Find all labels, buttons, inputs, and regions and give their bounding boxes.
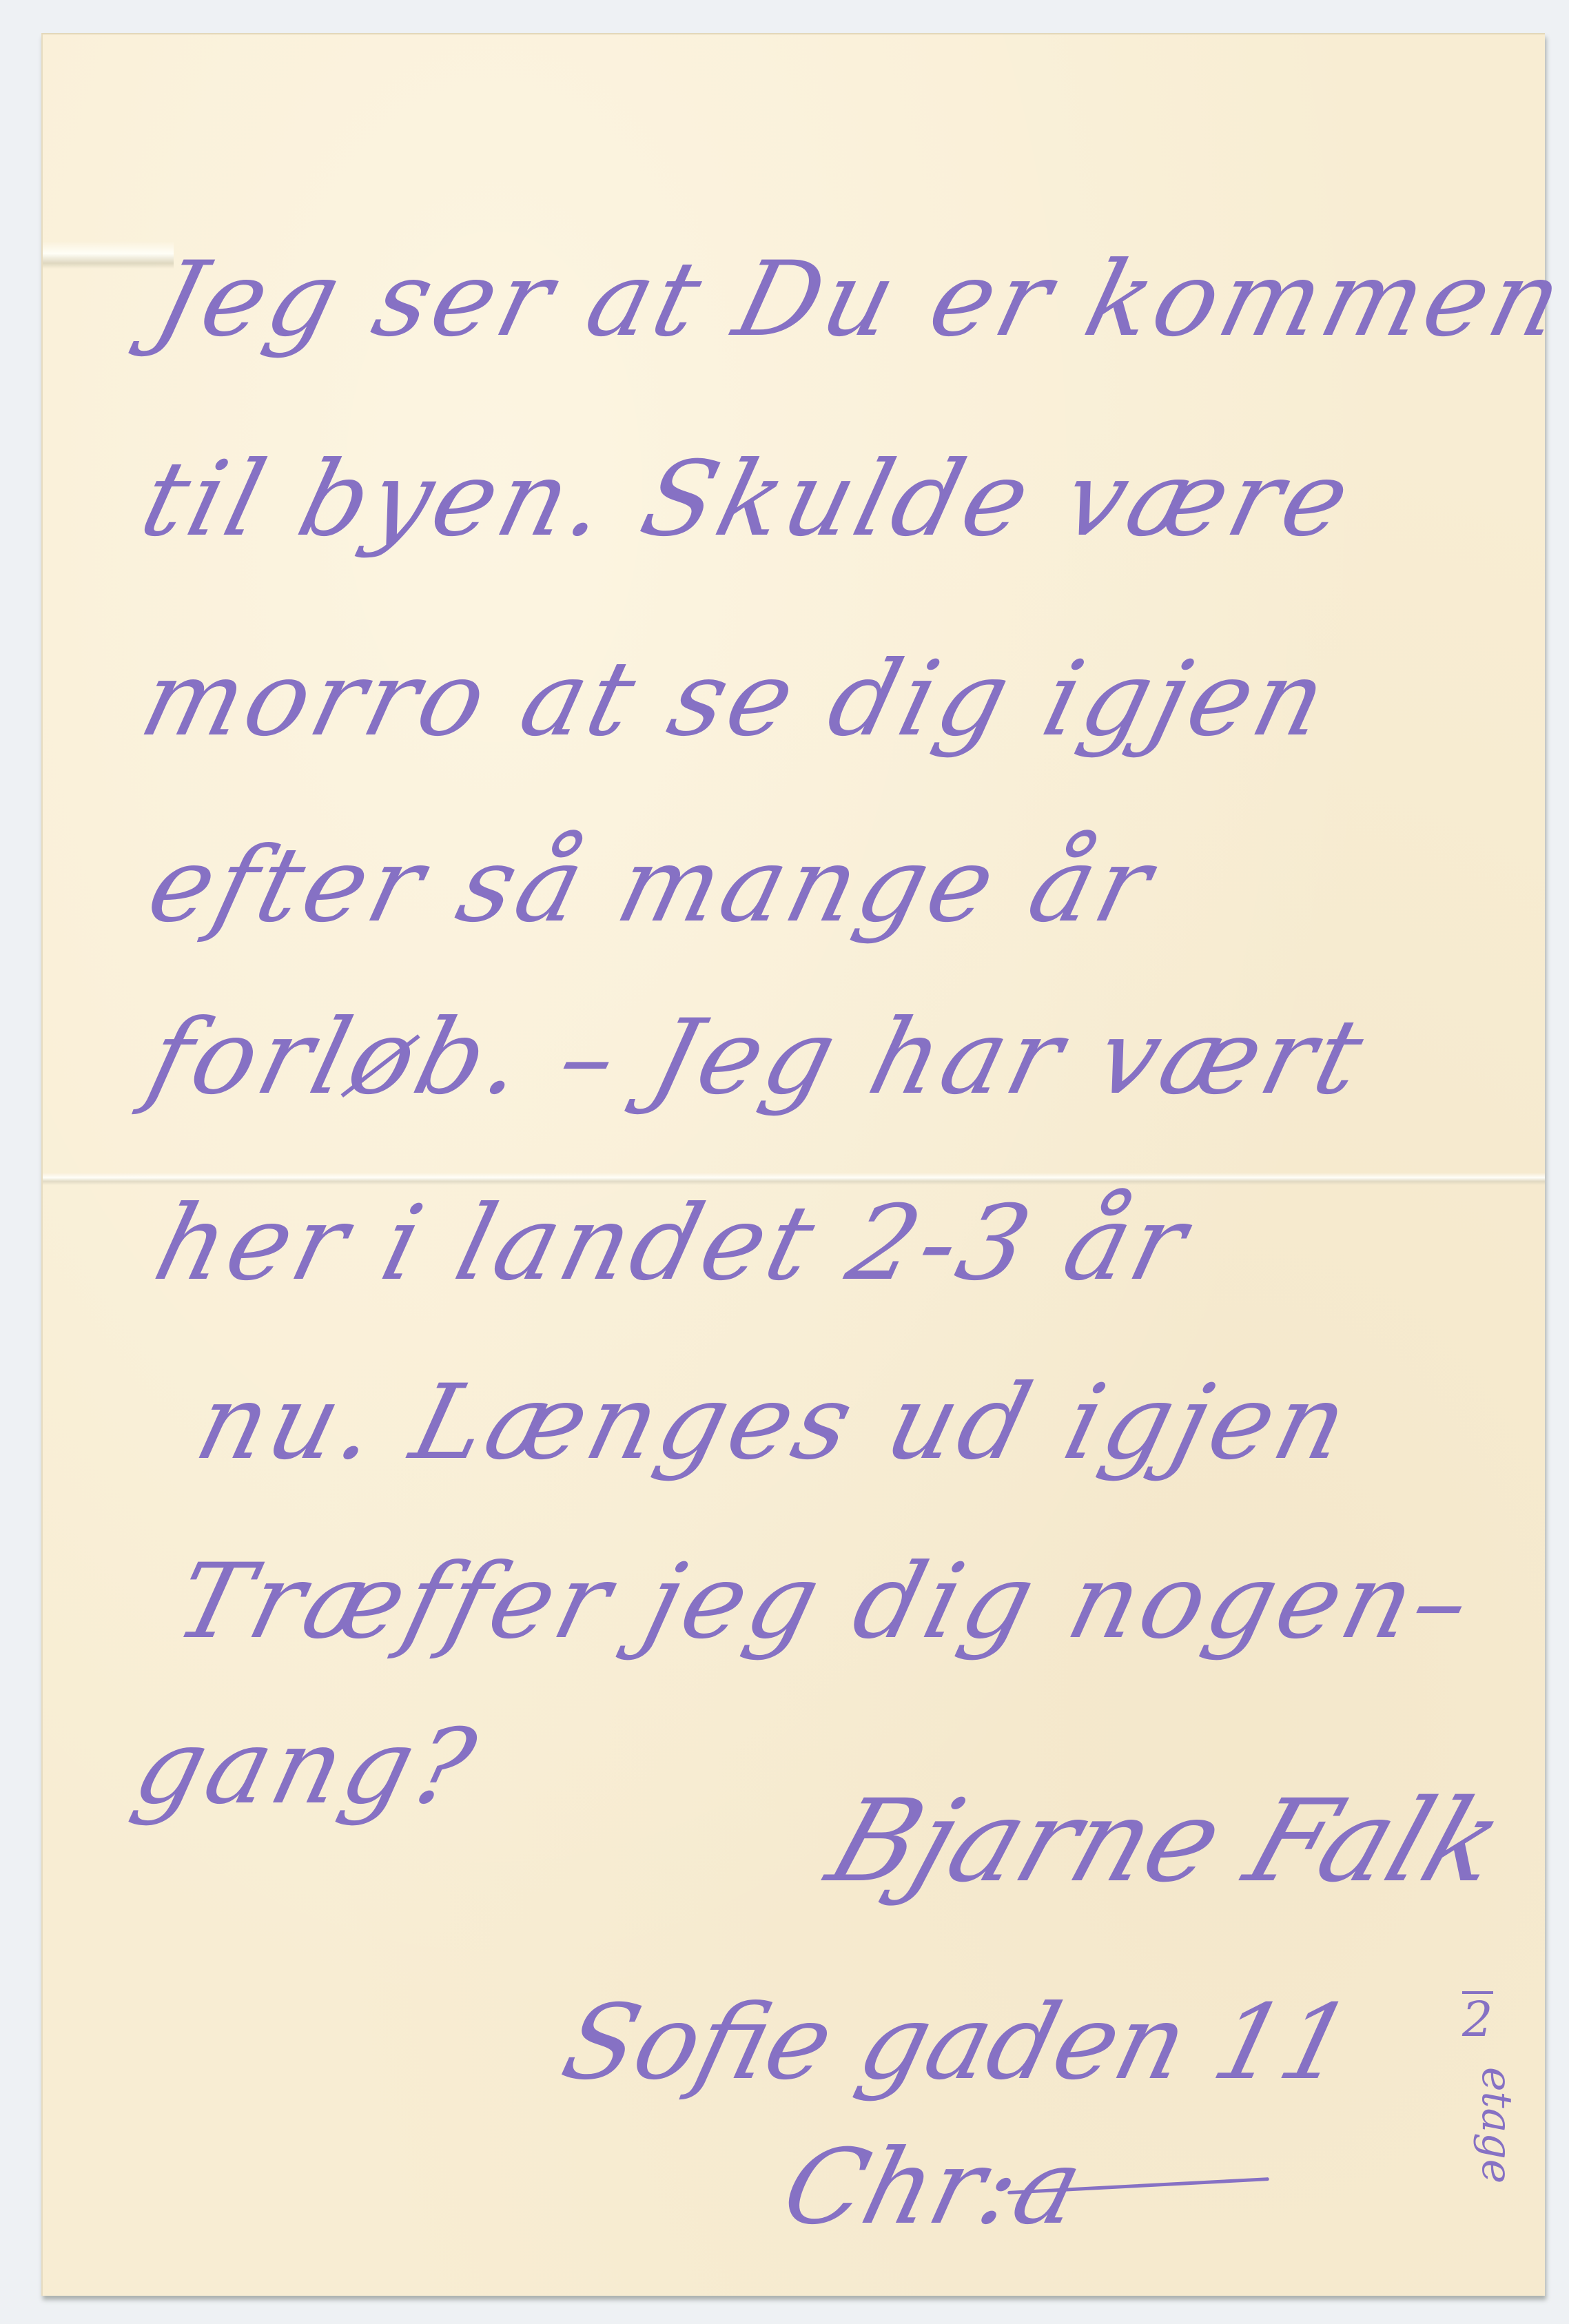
letter-line-4: efter så mange år [139, 834, 1165, 937]
letter-line-5: forløb. – Jeg har vært [139, 1006, 1376, 1109]
letter-line-6: her i landet 2-3 år [146, 1192, 1200, 1295]
letter-line-3: morro at se dig igjen [132, 648, 1340, 751]
postcard: Jeg ser at Du er kommen til byen. Skulde… [41, 33, 1545, 2296]
letter-line-2: til byen. Skulde være [132, 448, 1363, 551]
address-city: Chr:a [774, 2136, 1091, 2239]
letter-line-7: nu. Længes ud igjen [187, 1371, 1361, 1474]
address-floor-superscript: 2 [1462, 1991, 1493, 2044]
address-street: Sofie gaden 11 [553, 1991, 1361, 2095]
handwritten-letter: Jeg ser at Du er kommen til byen. Skulde… [43, 34, 1545, 2296]
address-floor-label: etage [1476, 2067, 1517, 2183]
letter-line-1: Jeg ser at Du er kommen [146, 248, 1569, 351]
letter-line-9: gang? [125, 1716, 488, 1819]
letter-line-8: Træffer jeg dig nogen– [167, 1550, 1484, 1654]
signature: Bjarne Falk [817, 1785, 1515, 1898]
